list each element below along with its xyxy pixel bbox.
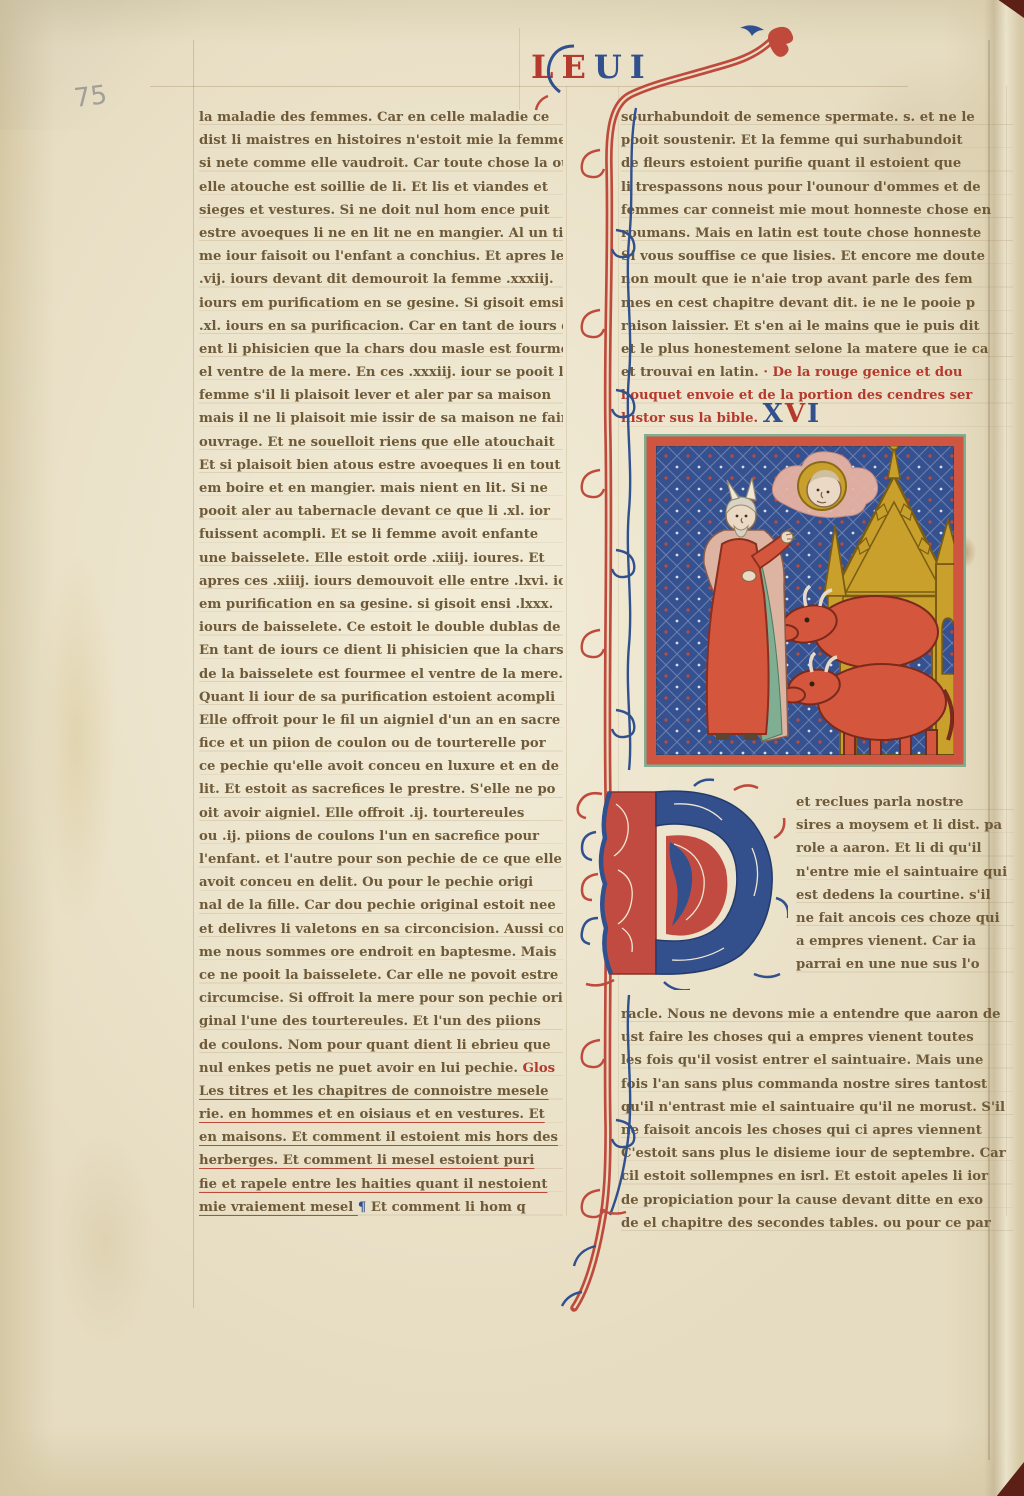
text-line: C'estoit sans plus le disieme iour de se… xyxy=(621,1142,1013,1165)
text-segment: fuissent acompli. Et se li femme avoit e… xyxy=(199,527,538,542)
text-line: ouvrage. Et ne souelloit riens que elle … xyxy=(199,431,563,454)
text-segment: avoit conceu en delit. Ou pour le pechie… xyxy=(199,875,533,890)
text-line: sires a moysem et li dist. pa xyxy=(796,814,1014,837)
text-segment: parrai en une nue sus l'o xyxy=(796,957,980,972)
text-column-right-beside-initial: et reclues parla nostresires a moysem et… xyxy=(796,791,1014,979)
text-line: et trouvai en latin. · De la rouge genic… xyxy=(621,361,1013,384)
text-segment: .xl. iours en sa purificacion. Car en ta… xyxy=(199,319,563,334)
text-segment: iours de baisselete. Ce estoit le double… xyxy=(199,620,563,635)
text-segment: dist li maistres en histoires n'estoit m… xyxy=(199,133,563,148)
text-line: nul enkes petis ne puet avoir en lui pec… xyxy=(199,1057,563,1080)
text-segment: Et si plaisoit bien atous estre avoeques… xyxy=(199,458,560,473)
pen-flourish xyxy=(582,1190,604,1217)
text-segment: ne fait ancois ces choze qui xyxy=(796,911,1000,926)
book-title-letter: U xyxy=(594,48,630,86)
text-line: ne fait ancois ces choze qui xyxy=(796,907,1014,930)
manuscript-page: { "page": { "folio_number": "75" }, "hea… xyxy=(0,0,1024,1496)
text-segment: raison laissier. Et s'en ai le mains que… xyxy=(621,319,980,334)
text-segment: lit. Et estoit as sacrefices le prestre.… xyxy=(199,782,555,797)
text-line: une baisselete. Elle estoit orde .xiiij.… xyxy=(199,547,563,570)
text-line: Si vous souffise ce que lisies. Et encor… xyxy=(621,245,1013,268)
text-segment: sires a moysem et li dist. pa xyxy=(796,818,1002,833)
text-line: herberges. Et comment li mesel estoient … xyxy=(199,1149,563,1172)
text-line: femme s'il li plaisoit lever et aler par… xyxy=(199,384,563,407)
pen-flourish xyxy=(582,310,604,337)
text-segment: la maladie des femmes. Car en celle mala… xyxy=(199,110,549,125)
text-line: non moult que ie n'aie trop avant parle … xyxy=(621,268,1013,291)
ruling-line xyxy=(566,86,567,1216)
text-column-right-lower: racle. Nous ne devons mie a entendre que… xyxy=(621,1003,1013,1239)
text-line: ust faire les choses qui a empres vienen… xyxy=(621,1026,1013,1049)
text-line: de coulons. Nom pour quant dient li ebri… xyxy=(199,1034,563,1057)
moses-hand-chest xyxy=(742,571,756,582)
parchment-stain xyxy=(36,550,116,930)
text-line: mie vraiement mesel ¶ Et comment li hom … xyxy=(199,1196,563,1219)
text-line: l'enfant. et l'autre pour son pechie de … xyxy=(199,848,563,871)
book-title-letter: E xyxy=(562,48,594,86)
text-line: ou .ij. piions de coulons l'un en sacref… xyxy=(199,825,563,848)
text-segment: Quant li iour de sa purification estoien… xyxy=(199,690,555,705)
text-line: qu'il n'entrast mie el saintuaire qu'il … xyxy=(621,1096,1013,1119)
text-segment: rie. en hommes et en oisiaus et en vestu… xyxy=(199,1107,545,1122)
text-column-left: la maladie des femmes. Car en celle mala… xyxy=(199,106,563,1224)
text-line: raison laissier. Et s'en ai le mains que… xyxy=(621,315,1013,338)
text-segment: de fleurs estoient purifie quant il esto… xyxy=(621,156,961,171)
text-segment: I xyxy=(807,399,821,429)
initial-d-stem xyxy=(600,792,656,974)
text-line: ce ne pooit la baisselete. Car elle ne p… xyxy=(199,964,563,987)
text-line: de el chapitre des secondes tables. ou p… xyxy=(621,1212,1013,1235)
text-segment: ne faisoit ancois les choses qui ci apre… xyxy=(621,1123,982,1138)
tail-curl xyxy=(574,1246,596,1266)
text-segment: herberges. Et comment li mesel estoient … xyxy=(199,1153,534,1168)
tail-curl xyxy=(562,1292,582,1306)
ruling-line xyxy=(150,86,908,87)
text-segment: mie vraiement mesel xyxy=(199,1200,358,1215)
text-segment: de el chapitre des secondes tables. ou p… xyxy=(621,1216,991,1231)
text-segment: fois l'an sans plus commanda nostre sire… xyxy=(621,1077,987,1092)
text-column-right-upper: sourhabundoit de semence spermate. s. et… xyxy=(621,106,1013,436)
text-line: el ventre de la mere. En ces .xxxiij. io… xyxy=(199,361,563,384)
text-line: ne faisoit ancois les choses qui ci apre… xyxy=(621,1119,1013,1142)
text-segment: et delivres li valetons en sa circoncisi… xyxy=(199,922,563,937)
text-line: li trespassons nous pour l'ounour d'omme… xyxy=(621,176,1013,199)
text-line: en maisons. Et comment il estoient mis h… xyxy=(199,1126,563,1149)
book-title-letter: I xyxy=(630,48,653,86)
text-line: circumcise. Si offroit la mere pour son … xyxy=(199,987,563,1010)
text-segment: oit avoir aigniel. Elle offroit .ij. tou… xyxy=(199,806,524,821)
text-line: pooit soustenir. Et la femme qui surhabu… xyxy=(621,129,1013,152)
text-segment: est dedens la courtine. s'il xyxy=(796,888,991,903)
text-segment: ouvrage. Et ne souelloit riens que elle … xyxy=(199,435,555,450)
text-segment: si nete comme elle vaudroit. Car toute c… xyxy=(199,156,563,171)
text-line: iours de baisselete. Ce estoit le double… xyxy=(199,616,563,639)
text-segment: em purification en sa gesine. si gisoit … xyxy=(199,597,553,612)
text-line: elle atouche est soillie de li. Et lis e… xyxy=(199,176,563,199)
text-segment: ce ne pooit la baisselete. Car elle ne p… xyxy=(199,968,558,983)
text-line: cil estoit sollempnes en isrl. Et estoit… xyxy=(621,1165,1013,1188)
text-line: Elle offroit pour le fil un aigniel d'un… xyxy=(199,709,563,732)
text-line: de propiciation pour la cause devant dit… xyxy=(621,1189,1013,1212)
text-line: ent li phisicien que la chars dou masle … xyxy=(199,338,563,361)
text-segment: et trouvai en latin. xyxy=(621,365,763,380)
parchment-stain xyxy=(55,1130,155,1350)
text-line: lit. Et estoit as sacrefices le prestre.… xyxy=(199,778,563,801)
pen-flourish xyxy=(582,150,604,177)
text-line: la maladie des femmes. Car en celle mala… xyxy=(199,106,563,129)
moses-hand xyxy=(781,531,793,543)
book-title-leviticus: LEUI xyxy=(531,48,653,86)
pen-flourish xyxy=(582,470,604,497)
text-line: n'entre mie el saintuaire qui xyxy=(796,861,1014,884)
text-segment: non moult que ie n'aie trop avant parle … xyxy=(621,272,973,287)
text-line: fuissent acompli. Et se li femme avoit e… xyxy=(199,523,563,546)
text-line: fie et rapele entre les haities quant il… xyxy=(199,1173,563,1196)
text-segment: les fois qu'il vosist entrer el saintuai… xyxy=(621,1053,983,1068)
text-line: ce pechie qu'elle avoit conceu en luxure… xyxy=(199,755,563,778)
text-segment: X xyxy=(763,399,785,429)
pen-flourish xyxy=(612,710,634,737)
text-line: nal de la fille. Car dou pechie original… xyxy=(199,894,563,917)
text-segment: circumcise. Si offroit la mere pour son … xyxy=(199,991,563,1006)
text-segment: iours em purificatiom en se gesine. Si g… xyxy=(199,296,563,311)
text-segment: ce pechie qu'elle avoit conceu en luxure… xyxy=(199,759,559,774)
text-segment: C'estoit sans plus le disieme iour de se… xyxy=(621,1146,1006,1161)
text-line: sourhabundoit de semence spermate. s. et… xyxy=(621,106,1013,129)
text-segment: ou .ij. piions de coulons l'un en sacref… xyxy=(199,829,539,844)
text-segment: sieges et vestures. Si ne doit nul hom e… xyxy=(199,203,550,218)
text-segment: el ventre de la mere. En ces .xxxiij. io… xyxy=(199,365,563,380)
text-line: roumans. Mais en latin est toute chose h… xyxy=(621,222,1013,245)
text-segment: elle atouche est soillie de li. Et lis e… xyxy=(199,180,548,195)
text-line: avoit conceu en delit. Ou pour le pechie… xyxy=(199,871,563,894)
text-segment: Elle offroit pour le fil un aigniel d'un… xyxy=(199,713,560,728)
text-segment: femme s'il li plaisoit lever et aler par… xyxy=(199,388,551,403)
text-line: Les titres et les chapitres de connoistr… xyxy=(199,1080,563,1103)
ruling-line xyxy=(618,86,619,1216)
text-line: histor sus la bible. XVI xyxy=(621,407,1013,430)
text-line: mais il ne li plaisoit mie issir de sa m… xyxy=(199,407,563,430)
text-segment: de propiciation pour la cause devant dit… xyxy=(621,1193,983,1208)
text-line: et delivres li valetons en sa circoncisi… xyxy=(199,918,563,941)
text-segment: · De la rouge genice et dou xyxy=(763,365,962,380)
text-segment: racle. Nous ne devons mie a entendre que… xyxy=(621,1007,1001,1022)
text-line: oit avoir aigniel. Elle offroit .ij. tou… xyxy=(199,802,563,825)
pen-flourish xyxy=(612,550,634,577)
ruling-line xyxy=(193,40,194,1308)
text-segment: a empres vienent. Car ia xyxy=(796,934,976,949)
text-line: em boire et en mangier. mais nient en li… xyxy=(199,477,563,500)
text-segment: en maisons. Et comment il estoient mis h… xyxy=(199,1130,558,1145)
text-line: a empres vienent. Car ia xyxy=(796,930,1014,953)
text-line: me nous sommes ore endroit en baptesme. … xyxy=(199,941,563,964)
text-line: role a aaron. Et li di qu'il xyxy=(796,837,1014,860)
text-segment: me nous sommes ore endroit en baptesme. … xyxy=(199,945,556,960)
text-segment: et reclues parla nostre xyxy=(796,795,964,810)
text-line: racle. Nous ne devons mie a entendre que… xyxy=(621,1003,1013,1026)
text-line: de fleurs estoient purifie quant il esto… xyxy=(621,152,1013,175)
text-line: parrai en une nue sus l'o xyxy=(796,953,1014,976)
text-line: si nete comme elle vaudroit. Car toute c… xyxy=(199,152,563,175)
text-line: rie. en hommes et en oisiaus et en vestu… xyxy=(199,1103,563,1126)
text-line: dist li maistres en histoires n'estoit m… xyxy=(199,129,563,152)
text-line: apres ces .xiiij. iours demouvoit elle e… xyxy=(199,570,563,593)
text-line: .xl. iours en sa purificacion. Car en ta… xyxy=(199,315,563,338)
text-segment: Glos xyxy=(523,1061,556,1076)
text-segment: En tant de iours ce dient li phisicien q… xyxy=(199,643,563,658)
pen-flourish xyxy=(582,1040,604,1067)
text-segment: sourhabundoit de semence spermate. s. et… xyxy=(621,110,975,125)
text-line: estre avoeques li ne en lit ne en mangie… xyxy=(199,222,563,245)
text-segment: l'enfant. et l'autre pour son pechie de … xyxy=(199,852,562,867)
text-segment: em boire et en mangier. mais nient en li… xyxy=(199,481,548,496)
dragon-crest xyxy=(740,25,764,36)
text-segment: ginal l'une des tourtereules. Et l'un de… xyxy=(199,1014,541,1029)
text-segment: Si vous souffise ce que lisies. Et encor… xyxy=(621,249,985,264)
text-segment: Et comment li hom q xyxy=(366,1200,525,1215)
text-segment: li trespassons nous pour l'ounour d'omme… xyxy=(621,180,981,195)
text-segment: histor sus la bible. xyxy=(621,411,763,426)
text-segment: nal de la fille. Car dou pechie original… xyxy=(199,898,556,913)
text-segment: femmes car conneist mie mout honneste ch… xyxy=(621,203,991,218)
text-line: de la baisselete est fourmee el ventre d… xyxy=(199,663,563,686)
text-segment: ent li phisicien que la chars dou masle … xyxy=(199,342,563,357)
text-line: femmes car conneist mie mout honneste ch… xyxy=(621,199,1013,222)
text-segment: role a aaron. Et li di qu'il xyxy=(796,841,982,856)
text-segment: pooit soustenir. Et la femme qui surhabu… xyxy=(621,133,963,148)
text-segment: une baisselete. Elle estoit orde .xiiij.… xyxy=(199,551,545,566)
text-line: fois l'an sans plus commanda nostre sire… xyxy=(621,1073,1013,1096)
text-segment: ¶ xyxy=(358,1200,366,1215)
text-segment: cil estoit sollempnes en isrl. Et estoit… xyxy=(621,1169,988,1184)
text-line: Et si plaisoit bien atous estre avoeques… xyxy=(199,454,563,477)
text-line: pooit aler au tabernacle devant ce que l… xyxy=(199,500,563,523)
text-segment: et le plus honestement selone la matere … xyxy=(621,342,988,357)
text-line: et le plus honestement selone la matere … xyxy=(621,338,1013,361)
text-line: me iour faisoit ou l'enfant a conchius. … xyxy=(199,245,563,268)
text-line: mes en cest chapitre devant dit. ie ne l… xyxy=(621,292,1013,315)
folio-number: 75 xyxy=(72,80,109,114)
pen-flourish xyxy=(582,630,604,657)
text-line: et reclues parla nostre xyxy=(796,791,1014,814)
text-line: Quant li iour de sa purification estoien… xyxy=(199,686,563,709)
text-segment: ust faire les choses qui a empres vienen… xyxy=(621,1030,974,1045)
text-line: En tant de iours ce dient li phisicien q… xyxy=(199,639,563,662)
text-segment: qu'il n'entrast mie el saintuaire qu'il … xyxy=(621,1100,1005,1115)
initial-d xyxy=(574,778,788,990)
dragon-head xyxy=(768,27,793,57)
text-segment: pooit aler au tabernacle devant ce que l… xyxy=(199,504,550,519)
text-line: ginal l'une des tourtereules. Et l'un de… xyxy=(199,1010,563,1033)
text-line: em purification en sa gesine. si gisoit … xyxy=(199,593,563,616)
text-line: sieges et vestures. Si ne doit nul hom e… xyxy=(199,199,563,222)
text-segment: estre avoeques li ne en lit ne en mangie… xyxy=(199,226,563,241)
text-segment: de coulons. Nom pour quant dient li ebri… xyxy=(199,1038,551,1053)
miniature-moses-and-red-heifer xyxy=(644,434,966,767)
text-segment: Les titres et les chapitres de connoistr… xyxy=(199,1084,549,1099)
text-line: les fois qu'il vosist entrer el saintuai… xyxy=(621,1049,1013,1072)
text-segment: mais il ne li plaisoit mie issir de sa m… xyxy=(199,411,563,426)
text-segment: fie et rapele entre les haities quant il… xyxy=(199,1177,547,1192)
text-segment: nul enkes petis ne puet avoir en lui pec… xyxy=(199,1061,523,1076)
text-segment: fice et un piion de coulon ou de tourter… xyxy=(199,736,546,751)
text-segment: roumans. Mais en latin est toute chose h… xyxy=(621,226,981,241)
text-segment: me iour faisoit ou l'enfant a conchius. … xyxy=(199,249,563,264)
text-line: .vij. iours devant dit demouroit la femm… xyxy=(199,268,563,291)
text-segment: .vij. iours devant dit demouroit la femm… xyxy=(199,272,554,287)
text-line: iours em purificatiom en se gesine. Si g… xyxy=(199,292,563,315)
text-segment: de la baisselete est fourmee el ventre d… xyxy=(199,667,563,682)
ruling-line xyxy=(519,28,520,110)
text-segment: V xyxy=(785,399,807,429)
text-line: fice et un piion de coulon ou de tourter… xyxy=(199,732,563,755)
text-segment: apres ces .xiiij. iours demouvoit elle e… xyxy=(199,574,563,589)
book-title-letter: L xyxy=(531,48,562,86)
text-segment: mes en cest chapitre devant dit. ie ne l… xyxy=(621,296,975,311)
text-segment: n'entre mie el saintuaire qui xyxy=(796,865,1007,880)
text-line: est dedens la courtine. s'il xyxy=(796,884,1014,907)
